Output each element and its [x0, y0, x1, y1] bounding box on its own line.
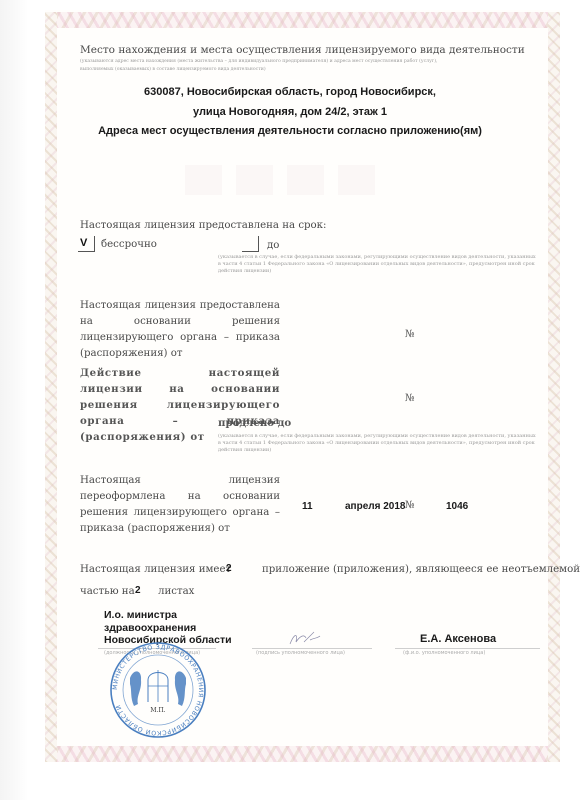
appendix-sheets: 2: [135, 585, 141, 596]
appendix-text-before: Настоящая лицензия имеет: [80, 564, 231, 575]
appendix-sheets-before: частью на: [80, 586, 135, 597]
indefinite-checkbox[interactable]: V: [78, 236, 95, 252]
signature-mark: [284, 628, 324, 650]
reissued-basis-text: Настоящая лицензия переоформлена на осно…: [80, 473, 280, 537]
background-watermark: [185, 165, 375, 195]
location-heading: Место нахождения и места осуществления л…: [80, 44, 525, 56]
stamp-mp-label: М.П.: [150, 707, 165, 714]
address-line-2: улица Новогодняя, дом 24/2, этаж 1: [70, 106, 510, 118]
reissued-month-year: апреля 2018: [345, 501, 405, 512]
appendix-count: 2: [226, 563, 232, 574]
signature-caption: (подпись уполномоченного лица): [256, 650, 345, 656]
reissued-number-label: №: [405, 500, 415, 511]
ornamental-border-right: [548, 12, 560, 762]
indefinite-label: бессрочно: [101, 239, 157, 250]
name-caption: (ф.и.о. уполномоченного лица): [403, 650, 485, 656]
address-line-3: Адреса мест осуществления деятельности с…: [70, 125, 510, 137]
reissued-number: 1046: [446, 501, 468, 512]
official-stamp: МИНИСТЕРСТВО ЗДРАВООХРАНЕНИЯ НОВОСИБИРСК…: [108, 640, 208, 740]
until-label: до: [267, 240, 279, 251]
term-heading: Настоящая лицензия предоставлена на срок…: [80, 220, 326, 231]
scan-edge: [0, 0, 28, 800]
granted-number-label: №: [405, 329, 415, 340]
address-line-1: 630087, Новосибирская область, город Нов…: [70, 86, 510, 98]
ornamental-border-left: [45, 12, 57, 762]
until-checkbox[interactable]: [242, 236, 259, 252]
granted-basis-text: Настоящая лицензия предоставлена на осно…: [80, 298, 280, 362]
reissued-day: 11: [302, 501, 313, 512]
appendix-text-after: приложение (приложения), являющееся ее н…: [262, 564, 580, 575]
location-note-1: (указываются адрес места нахождения (мес…: [80, 58, 550, 65]
signatory-position-1: И.о. министра: [104, 609, 177, 622]
appendix-sheets-after: листах: [158, 586, 194, 597]
extended-note: (указывается в случае, если федеральными…: [218, 433, 540, 454]
until-note: (указывается в случае, если федеральными…: [218, 254, 540, 275]
extended-number-label: №: [405, 393, 415, 404]
name-rule: [395, 648, 540, 649]
location-note-2: выполняемых (оказываемых) в составе лице…: [80, 66, 266, 73]
signatory-name: Е.А. Аксенова: [420, 633, 496, 645]
ornamental-border-bottom: [45, 746, 560, 762]
extended-until-label: продлено до: [218, 417, 291, 429]
ornamental-border-top: [45, 12, 560, 28]
